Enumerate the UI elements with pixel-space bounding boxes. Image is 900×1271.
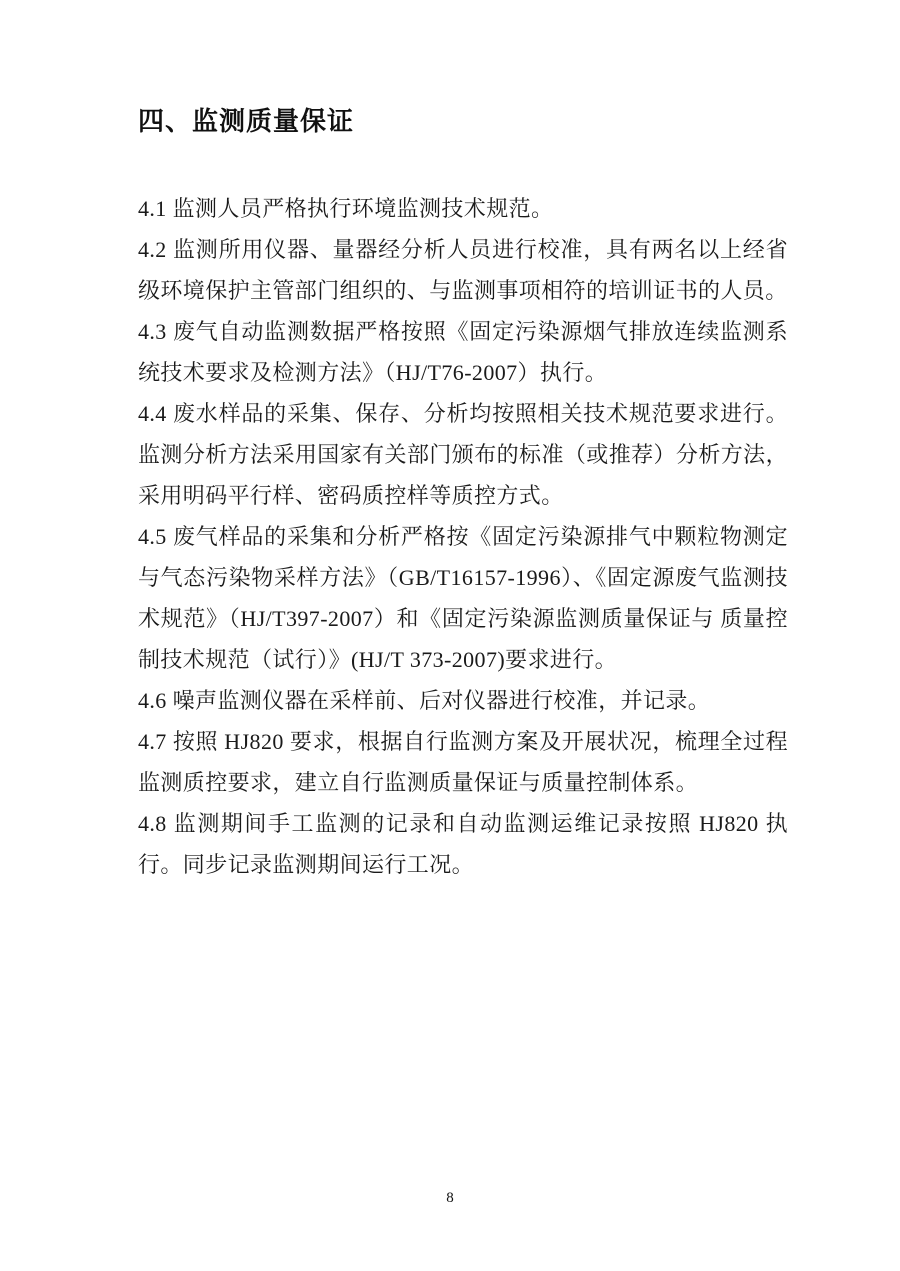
- paragraph-4-6: 4.6 噪声监测仪器在采样前、后对仪器进行校准，并记录。: [138, 680, 788, 721]
- document-content: 四、监测质量保证 4.1 监测人员严格执行环境监测技术规范。 4.2 监测所用仪…: [0, 0, 900, 885]
- section-heading: 四、监测质量保证: [138, 104, 788, 140]
- document-page: 四、监测质量保证 4.1 监测人员严格执行环境监测技术规范。 4.2 监测所用仪…: [0, 0, 900, 1271]
- paragraph-4-1: 4.1 监测人员严格执行环境监测技术规范。: [138, 188, 788, 229]
- paragraph-4-3: 4.3 废气自动监测数据严格按照《固定污染源烟气排放连续监测系统技术要求及检测方…: [138, 311, 788, 393]
- page-number: 8: [0, 1190, 900, 1207]
- paragraph-4-8: 4.8 监测期间手工监测的记录和自动监测运维记录按照 HJ820 执行。同步记录…: [138, 803, 788, 885]
- paragraph-4-7: 4.7 按照 HJ820 要求，根据自行监测方案及开展状况，梳理全过程监测质控要…: [138, 721, 788, 803]
- paragraph-4-5: 4.5 废气样品的采集和分析严格按《固定污染源排气中颗粒物测定与气态污染物采样方…: [138, 516, 788, 680]
- paragraph-4-4: 4.4 废水样品的采集、保存、分析均按照相关技术规范要求进行。监测分析方法采用国…: [138, 393, 788, 516]
- paragraph-4-2: 4.2 监测所用仪器、量器经分析人员进行校准，具有两名以上经省级环境保护主管部门…: [138, 229, 788, 311]
- section-body: 4.1 监测人员严格执行环境监测技术规范。 4.2 监测所用仪器、量器经分析人员…: [138, 188, 788, 885]
